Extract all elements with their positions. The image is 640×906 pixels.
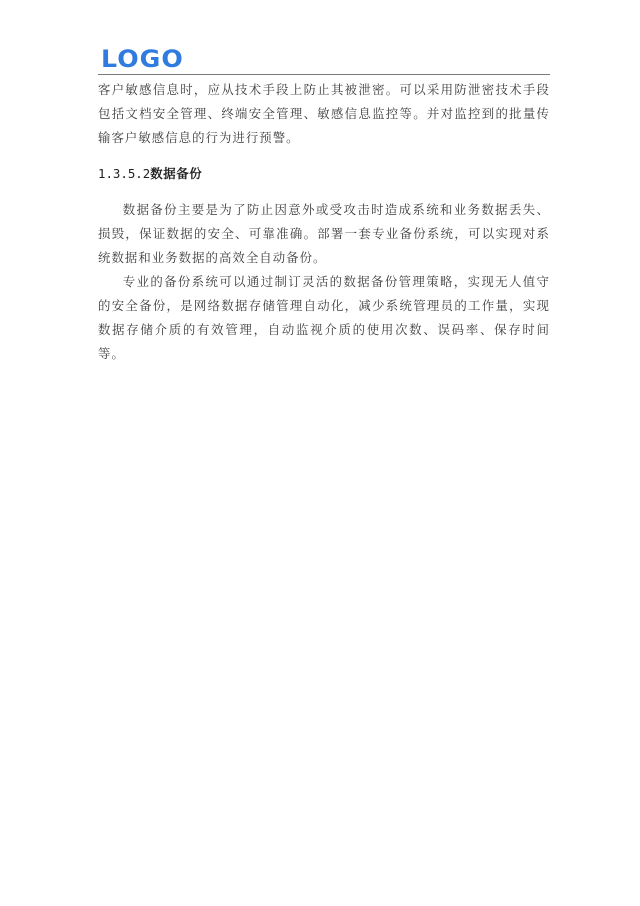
document-page: LOGO 客户敏感信息时，应从技术手段上防止其被泄密。可以采用防泄密技术手段包括…: [0, 0, 640, 906]
document-body: 客户敏感信息时，应从技术手段上防止其被泄密。可以采用防泄密技术手段包括文档安全管…: [98, 78, 550, 366]
logo: LOGO: [101, 47, 184, 71]
page-header: LOGO: [98, 46, 550, 75]
continued-paragraph: 客户敏感信息时，应从技术手段上防止其被泄密。可以采用防泄密技术手段包括文档安全管…: [98, 78, 550, 150]
paragraph-backup-system: 专业的备份系统可以通过制订灵活的数据备份管理策略，实现无人值守的安全备份，是网络…: [98, 270, 550, 366]
section-number: 1.3.5.2: [98, 166, 150, 181]
paragraph-backup-purpose: 数据备份主要是为了防止因意外或受攻击时造成系统和业务数据丢失、损毁，保证数据的安…: [98, 198, 550, 270]
section-title: 数据备份: [150, 166, 202, 181]
section-heading: 1.3.5.2数据备份: [98, 162, 550, 186]
